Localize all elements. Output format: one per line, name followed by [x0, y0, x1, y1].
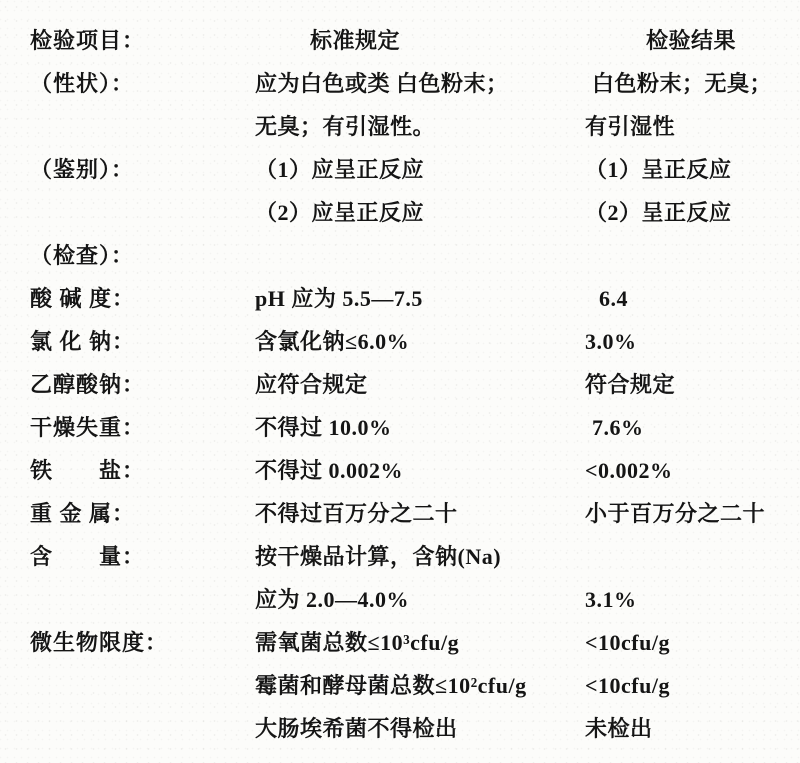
result-cell: <0.002% — [585, 457, 790, 484]
table-row-appearance-cont: 无臭；有引湿性。 有引湿性 — [30, 113, 790, 156]
standard-cell: 不得过 0.002% — [255, 457, 585, 484]
table-row-ph: 酸 碱 度： pH 应为 5.5—7.5 6.4 — [30, 285, 790, 328]
table-row-sodium-glycolate: 乙醇酸钠： 应符合规定 符合规定 — [30, 371, 790, 414]
table-row-microbial-aerobic: 微生物限度： 需氧菌总数≤10³cfu/g <10cfu/g — [30, 629, 790, 672]
table-row-tests-heading: （检查）： — [30, 242, 790, 285]
column-header-result: 检验结果 — [640, 27, 790, 54]
table-row-heavy-metals: 重 金 属： 不得过百万分之二十 小于百万分之二十 — [30, 500, 790, 543]
result-cell: 3.0% — [585, 328, 790, 355]
result-cell: 有引湿性 — [585, 113, 790, 140]
result-cell: 符合规定 — [585, 371, 790, 398]
result-cell: <10cfu/g — [585, 672, 790, 699]
table-row-microbial-ecoli: 大肠埃希菌不得检出 未检出 — [30, 715, 790, 758]
item-cell: 含 量： — [30, 543, 255, 570]
standard-cell: 不得过 10.0% — [255, 414, 585, 441]
item-cell: 重 金 属： — [30, 500, 255, 527]
item-cell: （检查）： — [30, 242, 255, 269]
standard-cell: 无臭；有引湿性。 — [255, 113, 585, 140]
item-cell: 铁 盐： — [30, 457, 255, 484]
standard-cell: 应为 2.0—4.0% — [255, 586, 585, 613]
standard-cell: 霉菌和酵母菌总数≤10²cfu/g — [255, 672, 585, 699]
table-row-appearance: （性状）： 应为白色或类 白色粉末； 白色粉末；无臭； — [30, 70, 790, 113]
result-cell: （2）呈正反应 — [585, 199, 790, 226]
standard-cell: 需氧菌总数≤10³cfu/g — [255, 629, 585, 656]
result-cell: 6.4 — [585, 285, 790, 312]
table-row-assay-cont: 应为 2.0—4.0% 3.1% — [30, 586, 790, 629]
result-cell: （1）呈正反应 — [585, 156, 790, 183]
result-cell: 未检出 — [585, 715, 790, 742]
standard-cell: 应符合规定 — [255, 371, 585, 398]
column-header-item: 检验项目： — [30, 27, 255, 54]
standard-cell: 大肠埃希菌不得检出 — [255, 715, 585, 742]
standard-cell: （1）应呈正反应 — [255, 156, 585, 183]
standard-cell: 含氯化钠≤6.0% — [255, 328, 585, 355]
standard-cell: 不得过百万分之二十 — [255, 500, 585, 527]
item-cell: 酸 碱 度： — [30, 285, 255, 312]
table-row-identification-1: （鉴别）： （1）应呈正反应 （1）呈正反应 — [30, 156, 790, 199]
standard-cell: （2）应呈正反应 — [255, 199, 585, 226]
table-row-assay: 含 量： 按干燥品计算，含钠(Na) — [30, 543, 790, 586]
column-header-standard: 标准规定 — [255, 27, 640, 54]
result-cell: 7.6% — [585, 414, 790, 441]
table-row-sodium-chloride: 氯 化 钠： 含氯化钠≤6.0% 3.0% — [30, 328, 790, 371]
table-header-row: 检验项目： 标准规定 检验结果 — [30, 27, 790, 70]
table-row-iron-salt: 铁 盐： 不得过 0.002% <0.002% — [30, 457, 790, 500]
result-cell: 白色粉末；无臭； — [585, 70, 790, 97]
standard-cell: pH 应为 5.5—7.5 — [255, 285, 585, 312]
item-cell: 氯 化 钠： — [30, 328, 255, 355]
item-cell: 微生物限度： — [30, 629, 255, 656]
table-row-identification-2: （2）应呈正反应 （2）呈正反应 — [30, 199, 790, 242]
item-cell: （性状）： — [30, 70, 255, 97]
result-cell: 3.1% — [585, 586, 790, 613]
item-cell: （鉴别）： — [30, 156, 255, 183]
standard-cell: 按干燥品计算，含钠(Na) — [255, 543, 585, 570]
standard-cell: 应为白色或类 白色粉末； — [255, 70, 585, 97]
result-cell: <10cfu/g — [585, 629, 790, 656]
table-row-microbial-mold-yeast: 霉菌和酵母菌总数≤10²cfu/g <10cfu/g — [30, 672, 790, 715]
item-cell: 乙醇酸钠： — [30, 371, 255, 398]
item-cell: 干燥失重： — [30, 414, 255, 441]
inspection-report-document: 检验项目： 标准规定 检验结果 （性状）： 应为白色或类 白色粉末； 白色粉末；… — [0, 0, 800, 763]
table-row-loss-on-drying: 干燥失重： 不得过 10.0% 7.6% — [30, 414, 790, 457]
result-cell: 小于百万分之二十 — [585, 500, 790, 527]
